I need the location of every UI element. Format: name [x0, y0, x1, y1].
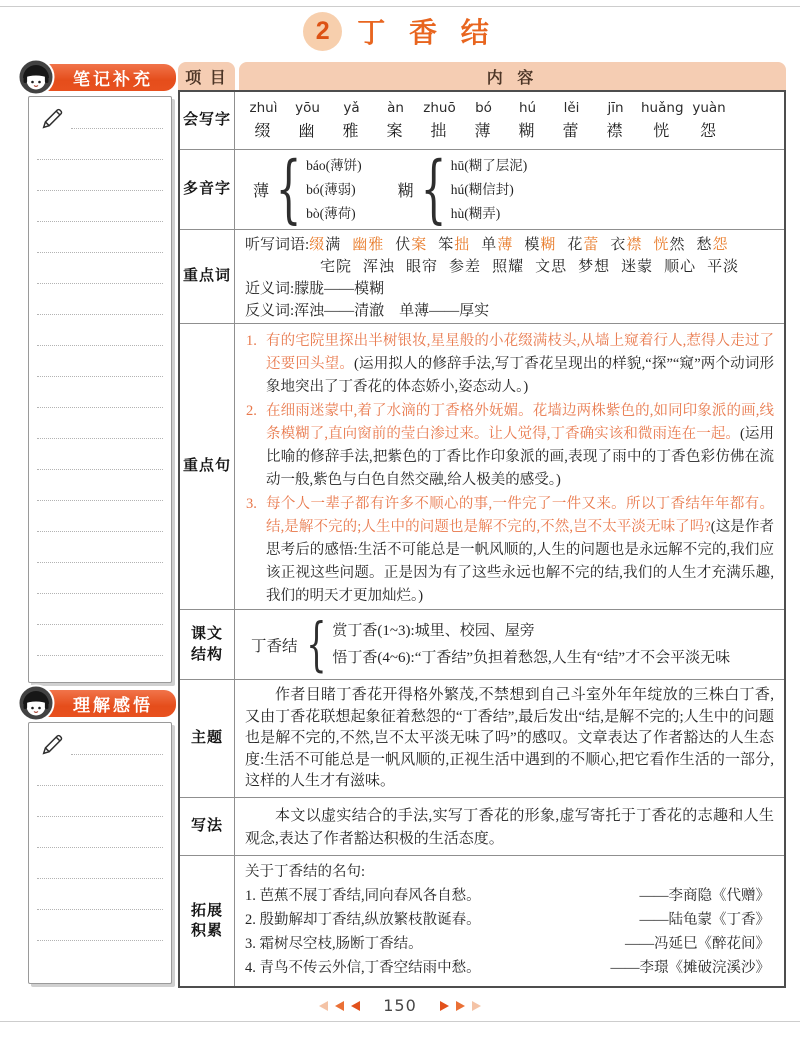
technique-content: 本文以虚实结合的手法,实写丁香花的形象,虚写寄托于丁香花的志趣和人生观念,表达了… [235, 798, 784, 855]
dictation-word: 梦想 [578, 256, 610, 278]
dictation-word: 顺心 [664, 256, 696, 278]
famous-quote: 4. 青鸟不传云外信,丁香空结雨中愁。——李璟《摊破浣溪沙》 [245, 956, 774, 980]
hanzi-char: 雅 [333, 118, 370, 141]
technique-text: 本文以虚实结合的手法,实写丁香花的形象,虚写寄托于丁香花的志趣和人生观念,表达了… [245, 805, 774, 851]
sidebar: 笔记补充 [18, 64, 176, 984]
hanzi-char: 糊 [509, 118, 546, 141]
dictation-word: 缀满 [309, 234, 341, 256]
ruled-line [37, 253, 163, 284]
ruled-line [37, 755, 163, 786]
sidebar-section-notes: 笔记补充 [18, 64, 176, 683]
dictation-words-2: 宅院浑浊眼帘参差照耀文思梦想迷蒙顺心平淡 [320, 256, 739, 278]
pencil-icon [40, 106, 65, 131]
hanzi-item: yǎ雅 [333, 100, 370, 141]
row-label-line: 课文 [191, 624, 223, 644]
ruled-line [37, 532, 163, 563]
bottom-rule [0, 1021, 800, 1022]
quote-text: 1. 芭蕉不展丁香结,同向春风各自愁。 [245, 884, 481, 908]
key-sentence: 2.在细雨迷蒙中,着了水滴的丁香格外妩媚。花墙边两株紫色的,如同印象派的画,线条… [245, 400, 774, 492]
famous-quote: 1. 芭蕉不展丁香结,同向春风各自愁。——李商隐《代赠》 [245, 884, 774, 908]
sentence-number: 2. [246, 400, 257, 423]
structure-content: 丁香结 赏丁香(1~3):城里、校园、屋旁悟丁香(4~6):“丁香结”负担着愁怨… [235, 610, 784, 679]
hanzi-item: zhuì缀 [245, 100, 282, 141]
char: 雅 [368, 237, 384, 253]
ruled-line [37, 377, 163, 408]
row-structure: 课文 结构 丁香结 赏丁香(1~3):城里、校园、屋旁悟丁香(4~6):“丁香结… [180, 610, 784, 680]
char: 然 [669, 237, 685, 253]
key-sentence: 1.有的宅院里探出半树银妆,星星般的小花缀满枝头,从墙上窥着行人,惹得人走过了还… [245, 330, 774, 399]
pinyin: bó [465, 100, 502, 116]
ruled-line [37, 284, 163, 315]
polyphone-char: 薄 [253, 178, 269, 201]
dictation-word: 平淡 [707, 256, 739, 278]
pinyin: yuàn [691, 100, 728, 116]
row-extension: 拓展 积累 关于丁香结的名句: 1. 芭蕉不展丁香结,同向春风各自愁。——李商隐… [180, 856, 784, 986]
reading: hū(糊了层泥) [451, 154, 528, 178]
pinyin: àn [377, 100, 414, 116]
keywords-content: 听写词语: 缀满幽雅伏案笨拙单薄模糊花蕾衣襟恍然愁怨 宅院浑浊眼帘参差照耀文思梦… [235, 230, 784, 323]
ruled-line [37, 786, 163, 817]
left-arrow-icon [351, 1001, 360, 1011]
dictation-word: 文思 [535, 256, 567, 278]
hanzi-char: 怨 [691, 118, 728, 141]
hanzi-item: zhuō拙 [421, 100, 458, 141]
pinyin: zhuō [421, 100, 458, 116]
column-header-item: 项 目 [178, 62, 235, 90]
ruled-line [37, 879, 163, 910]
row-label-line: 积累 [191, 921, 223, 941]
ruled-line [71, 105, 163, 129]
hanzi-item: hú糊 [509, 100, 546, 141]
char: 糊 [540, 237, 556, 253]
pinyin: yǎ [333, 100, 370, 116]
row-label: 会写字 [180, 92, 235, 149]
ruled-line [37, 439, 163, 470]
char: 伏 [395, 237, 411, 253]
hanzi-char: 缀 [245, 118, 282, 141]
row-label: 重点词 [180, 230, 235, 323]
char: 蕾 [583, 237, 599, 253]
dictation-word: 参差 [449, 256, 481, 278]
row-label: 重点句 [180, 324, 235, 609]
quote-source: ——冯延巳《醉花间》 [625, 932, 774, 956]
right-arrow-icon [472, 1001, 481, 1011]
dictation-word: 迷蒙 [621, 256, 653, 278]
key-sentence: 3.每个人一辈子都有许多不顺心的事,一件完了一件又来。所以丁香结年年都有。结,是… [245, 493, 774, 608]
pinyin: hú [509, 100, 546, 116]
reading: báo(薄饼) [306, 154, 361, 178]
ruled-line [37, 625, 163, 656]
hanzi-char: 恍 [641, 118, 684, 141]
row-label-line: 拓展 [191, 901, 223, 921]
pencil-icon [40, 732, 65, 757]
top-rule [0, 6, 800, 7]
hanzi-item: bó薄 [465, 100, 502, 141]
notes-box [28, 722, 172, 984]
sentence-number: 3. [246, 493, 257, 516]
quote-source: ——李商隐《代赠》 [640, 884, 775, 908]
hanzi-item: lěi蕾 [553, 100, 590, 141]
ruled-line [37, 191, 163, 222]
right-arrow-icon [456, 1001, 465, 1011]
reading: hù(糊弄) [451, 202, 528, 226]
hanzi-list: zhuì缀yōu幽yǎ雅àn案zhuō拙bó薄hú糊lěi蕾jīn襟huǎng恍… [235, 92, 784, 149]
hanzi-char: 拙 [421, 118, 458, 141]
dictation-word: 浑浊 [363, 256, 395, 278]
row-label: 写法 [180, 798, 235, 855]
sentences-list: 1.有的宅院里探出半树银妆,星星般的小花缀满枝头,从墙上窥着行人,惹得人走过了还… [235, 324, 784, 609]
ruled-line [37, 222, 163, 253]
notes-box [28, 96, 172, 683]
lesson-number-badge: 2 [303, 12, 342, 51]
row-keywords: 重点词 听写词语: 缀满幽雅伏案笨拙单薄模糊花蕾衣襟恍然愁怨 宅院浑浊眼帘参差照… [180, 230, 784, 324]
table-body: 会写字 zhuì缀yōu幽yǎ雅àn案zhuō拙bó薄hú糊lěi蕾jīn襟hu… [178, 90, 786, 988]
char: 花 [567, 237, 583, 253]
quote-text: 4. 青鸟不传云外信,丁香空结雨中愁。 [245, 956, 481, 980]
right-arrow-icon [440, 1001, 449, 1011]
ruled-line [37, 910, 163, 941]
reading: bó(薄弱) [306, 178, 361, 202]
column-header-content: 内 容 [239, 62, 786, 90]
theme-text: 作者目睹丁香花开得格外繁茂,不禁想到自己斗室外年年绽放的三株白丁香,又由丁香花联… [245, 685, 774, 793]
dictation-word: 幽雅 [352, 234, 384, 256]
theme-content: 作者目睹丁香花开得格外繁茂,不禁想到自己斗室外年年绽放的三株白丁香,又由丁香花联… [235, 680, 784, 797]
row-polyphones: 多音字 薄báo(薄饼)bó(薄弱)bò(薄荷)糊hū(糊了层泥)hú(糊信封)… [180, 150, 784, 230]
polyphone-list: 薄báo(薄饼)bó(薄弱)bò(薄荷)糊hū(糊了层泥)hú(糊信封)hù(糊… [235, 150, 784, 229]
dictation-line-2: 宅院浑浊眼帘参差照耀文思梦想迷蒙顺心平淡 [245, 256, 774, 278]
char: 愁 [696, 237, 712, 253]
sidebar-section-header: 笔记补充 [24, 64, 176, 91]
char: 模 [524, 237, 540, 253]
row-key-sentences: 重点句 1.有的宅院里探出半树银妆,星星般的小花缀满枝头,从墙上窥着行人,惹得人… [180, 324, 784, 610]
readings: báo(薄饼)bó(薄弱)bò(薄荷) [306, 154, 361, 226]
char: 恍 [653, 237, 669, 253]
brace-icon [306, 618, 326, 670]
sidebar-section-title: 笔记补充 [73, 65, 153, 90]
polyphone-char: 糊 [398, 178, 414, 201]
dictation-word: 伏案 [395, 234, 427, 256]
char: 案 [411, 237, 427, 253]
polyphone-group: 糊hū(糊了层泥)hú(糊信封)hù(糊弄) [398, 154, 528, 226]
row-technique: 写法 本文以虚实结合的手法,实写丁香花的形象,虚写寄托于丁香花的志趣和人生观念,… [180, 798, 784, 856]
char: 满 [325, 237, 341, 253]
extension-content: 关于丁香结的名句: 1. 芭蕉不展丁香结,同向春风各自愁。——李商隐《代赠》2.… [235, 856, 784, 986]
hanzi-item: jīn襟 [597, 100, 634, 141]
girl-avatar-icon [17, 58, 55, 96]
dictation-words-1: 缀满幽雅伏案笨拙单薄模糊花蕾衣襟恍然愁怨 [309, 234, 728, 256]
readings: hū(糊了层泥)hú(糊信封)hù(糊弄) [451, 154, 528, 226]
famous-quote: 3. 霜树尽空枝,肠断丁香结。——冯延巳《醉花间》 [245, 932, 774, 956]
polyphone-group: 薄báo(薄饼)bó(薄弱)bò(薄荷) [253, 154, 362, 226]
dictation-word: 衣襟 [610, 234, 642, 256]
sentence-quote: 每个人一辈子都有许多不顺心的事,一件完了一件又来。所以丁香结年年都有。结,是解不… [266, 496, 774, 535]
row-label-line: 结构 [191, 645, 223, 665]
ruled-line [37, 408, 163, 439]
synonym-line: 近义词:朦胧——模糊 [245, 278, 774, 300]
ruled-line [37, 563, 163, 594]
reading: hú(糊信封) [451, 178, 528, 202]
row-theme: 主题 作者目睹丁香花开得格外繁茂,不禁想到自己斗室外年年绽放的三株白丁香,又由丁… [180, 680, 784, 798]
row-label: 多音字 [180, 150, 235, 229]
sidebar-section-header: 理解感悟 [24, 690, 176, 717]
char: 薄 [497, 237, 513, 253]
char: 拙 [454, 237, 470, 253]
row-label: 拓展 积累 [180, 856, 235, 986]
lesson-title: 2 丁 香 结 [0, 11, 800, 51]
pinyin: zhuì [245, 100, 282, 116]
structure-root: 丁香结 [251, 634, 298, 656]
hanzi-item: huǎng恍 [641, 100, 684, 141]
hanzi-char: 薄 [465, 118, 502, 141]
page-number: 150 [383, 996, 417, 1015]
ruled-line [37, 160, 163, 191]
structure-branches: 赏丁香(1~3):城里、校园、屋旁悟丁香(4~6):“丁香结”负担着愁怨,人生有… [332, 618, 730, 672]
dictation-word: 照耀 [492, 256, 524, 278]
quote-source: ——陆龟蒙《丁香》 [640, 908, 775, 932]
char: 怨 [712, 237, 728, 253]
quote-text: 3. 霜树尽空枝,肠断丁香结。 [245, 932, 423, 956]
sentence-number: 1. [246, 330, 257, 353]
structure-branch: 赏丁香(1~3):城里、校园、屋旁 [332, 618, 730, 645]
girl-avatar-icon [17, 684, 55, 722]
hanzi-item: àn案 [377, 100, 414, 141]
brace-icon [420, 156, 446, 223]
char: 襟 [626, 237, 642, 253]
pinyin: lěi [553, 100, 590, 116]
dictation-label: 听写词语: [245, 234, 309, 256]
pinyin: jīn [597, 100, 634, 116]
dictation-word: 宅院 [320, 256, 352, 278]
char: 幽 [352, 237, 368, 253]
dictation-word: 单薄 [481, 234, 513, 256]
dictation-word: 模糊 [524, 234, 556, 256]
hanzi-item: yuàn怨 [691, 100, 728, 141]
dictation-word: 眼帘 [406, 256, 438, 278]
left-arrow-icon [335, 1001, 344, 1011]
quotes-list: 1. 芭蕉不展丁香结,同向春风各自愁。——李商隐《代赠》2. 殷勤解却丁香结,纵… [245, 884, 774, 980]
row-label: 主题 [180, 680, 235, 797]
textbook-page: 2 丁 香 结 笔记补充 [0, 0, 800, 1039]
row-label: 课文 结构 [180, 610, 235, 679]
table-header: 项 目 内 容 [178, 62, 786, 90]
ruled-line [37, 346, 163, 377]
famous-quote: 2. 殷勤解却丁香结,纵放繁枝散诞春。——陆龟蒙《丁香》 [245, 908, 774, 932]
quote-text: 2. 殷勤解却丁香结,纵放繁枝散诞春。 [245, 908, 481, 932]
char: 衣 [610, 237, 626, 253]
pinyin: huǎng [641, 100, 684, 116]
hanzi-char: 襟 [597, 118, 634, 141]
footer: 150 [0, 996, 800, 1015]
ruled-line [37, 594, 163, 625]
left-arrow-icon [319, 1001, 328, 1011]
char: 笨 [438, 237, 454, 253]
pinyin: yōu [289, 100, 326, 116]
char: 单 [481, 237, 497, 253]
ruled-line [37, 315, 163, 346]
sentence-quote: 在细雨迷蒙中,着了水滴的丁香格外妩媚。花墙边两株紫色的,如同印象派的画,线条模糊… [266, 403, 774, 442]
dictation-word: 恍然 [653, 234, 685, 256]
content-table: 项 目 内 容 会写字 zhuì缀yōu幽yǎ雅àn案zhuō拙bó薄hú糊lě… [178, 62, 786, 988]
hanzi-item: yōu幽 [289, 100, 326, 141]
ruled-line [37, 501, 163, 532]
sidebar-section-title: 理解感悟 [73, 691, 153, 716]
ruled-line [37, 470, 163, 501]
row-hanzi: 会写字 zhuì缀yōu幽yǎ雅àn案zhuō拙bó薄hú糊lěi蕾jīn襟hu… [180, 92, 784, 150]
hanzi-char: 案 [377, 118, 414, 141]
char: 缀 [309, 237, 325, 253]
ruled-line [37, 817, 163, 848]
ruled-line [71, 731, 163, 755]
dictation-word: 愁怨 [696, 234, 728, 256]
hanzi-char: 幽 [289, 118, 326, 141]
dictation-line-1: 听写词语: 缀满幽雅伏案笨拙单薄模糊花蕾衣襟恍然愁怨 [245, 234, 774, 256]
hanzi-char: 蕾 [553, 118, 590, 141]
quote-source: ——李璟《摊破浣溪沙》 [611, 956, 775, 980]
antonym-line: 反义词:浑浊——清澈 单薄——厚实 [245, 300, 774, 322]
lesson-title-text: 丁 香 结 [357, 11, 497, 51]
dictation-word: 花蕾 [567, 234, 599, 256]
reading: bò(薄荷) [306, 202, 361, 226]
ruled-line [37, 129, 163, 160]
quotes-intro: 关于丁香结的名句: [245, 861, 774, 884]
sidebar-section-comprehension: 理解感悟 [18, 690, 176, 984]
brace-icon [276, 156, 302, 223]
structure-branch: 悟丁香(4~6):“丁香结”负担着愁怨,人生有“结”才不会平淡无味 [332, 645, 730, 672]
ruled-line [37, 848, 163, 879]
dictation-word: 笨拙 [438, 234, 470, 256]
